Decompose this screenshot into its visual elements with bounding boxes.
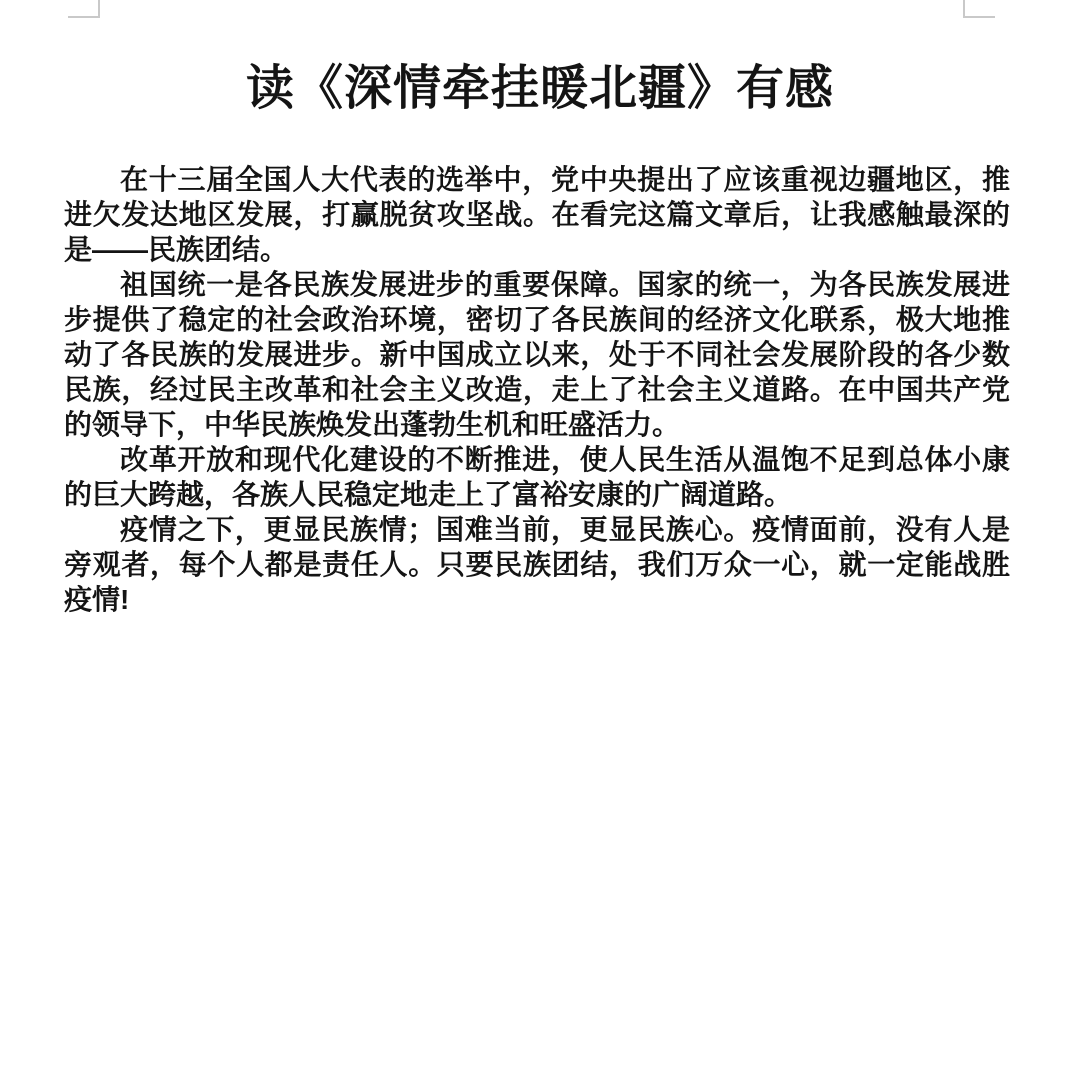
document-page: 读《深情牵挂暖北疆》有感 在十三届全国人大代表的选举中，党中央提出了应该重视边疆… — [0, 0, 1080, 1092]
essay-paragraph-2: 祖国统一是各民族发展进步的重要保障。国家的统一，为各民族发展进步提供了稳定的社会… — [64, 267, 1010, 442]
page-corner-mark-top-right — [963, 0, 995, 18]
page-corner-mark-top-left — [68, 0, 100, 18]
essay-title: 读《深情牵挂暖北疆》有感 — [0, 0, 1080, 118]
essay-paragraph-1: 在十三届全国人大代表的选举中，党中央提出了应该重视边疆地区，推进欠发达地区发展，… — [64, 162, 1010, 267]
essay-body: 在十三届全国人大代表的选举中，党中央提出了应该重视边疆地区，推进欠发达地区发展，… — [64, 162, 1010, 617]
essay-paragraph-4: 疫情之下，更显民族情；国难当前，更显民族心。疫情面前，没有人是旁观者，每个人都是… — [64, 512, 1010, 617]
essay-paragraph-3: 改革开放和现代化建设的不断推进，使人民生活从温饱不足到总体小康的巨大跨越，各族人… — [64, 442, 1010, 512]
